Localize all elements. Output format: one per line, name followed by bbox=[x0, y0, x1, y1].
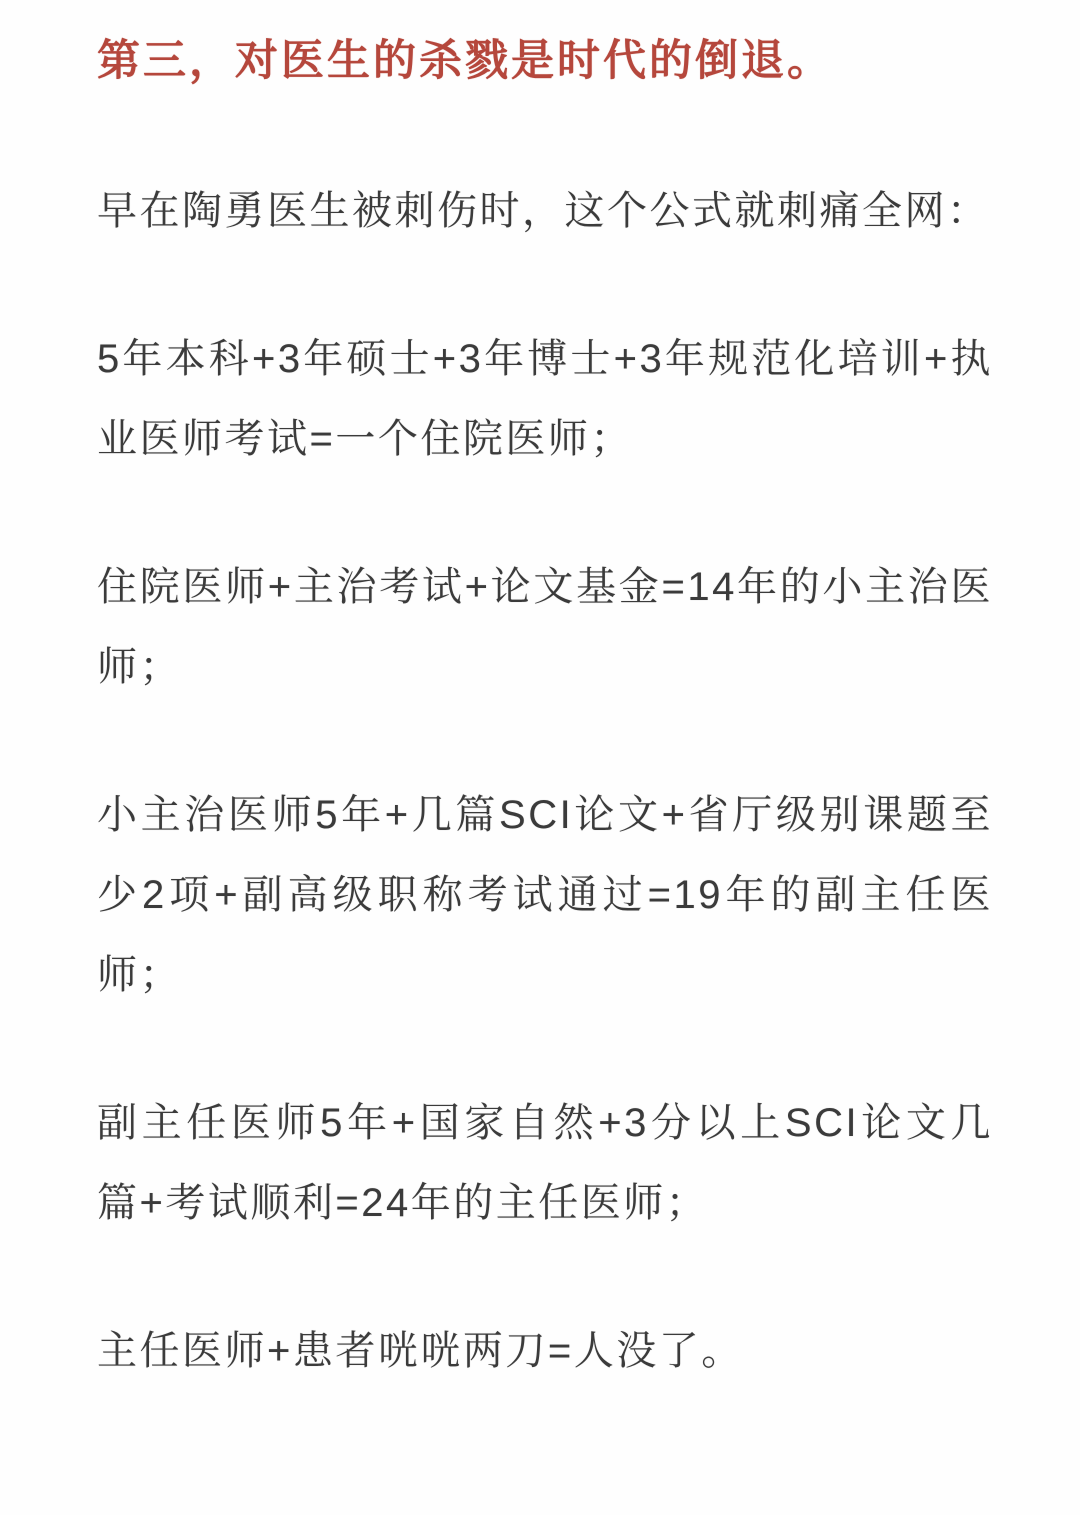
paragraph-formula-resident: 5年本科+3年硕士+3年博士+3年规范化培训+执业医师考试=一个住院医师； bbox=[97, 319, 993, 479]
article-page: 第三，对医生的杀戮是时代的倒退。 早在陶勇医生被刺伤时，这个公式就刺痛全网： 5… bbox=[0, 0, 1080, 1515]
paragraph-intro: 早在陶勇医生被刺伤时，这个公式就刺痛全网： bbox=[97, 171, 993, 251]
section-heading: 第三，对医生的杀戮是时代的倒退。 bbox=[97, 30, 993, 93]
paragraph-conclusion: 主任医师+患者咣咣两刀=人没了。 bbox=[97, 1311, 993, 1391]
paragraph-formula-associate-chief: 小主治医师5年+几篇SCI论文+省厅级别课题至少2项+副高级职称考试通过=19年… bbox=[97, 775, 993, 1015]
paragraph-formula-chief: 副主任医师5年+国家自然+3分以上SCI论文几篇+考试顺利=24年的主任医师； bbox=[97, 1083, 993, 1243]
paragraph-formula-attending: 住院医师+主治考试+论文基金=14年的小主治医师； bbox=[97, 547, 993, 707]
article-body: 第三，对医生的杀戮是时代的倒退。 早在陶勇医生被刺伤时，这个公式就刺痛全网： 5… bbox=[0, 0, 1050, 1435]
